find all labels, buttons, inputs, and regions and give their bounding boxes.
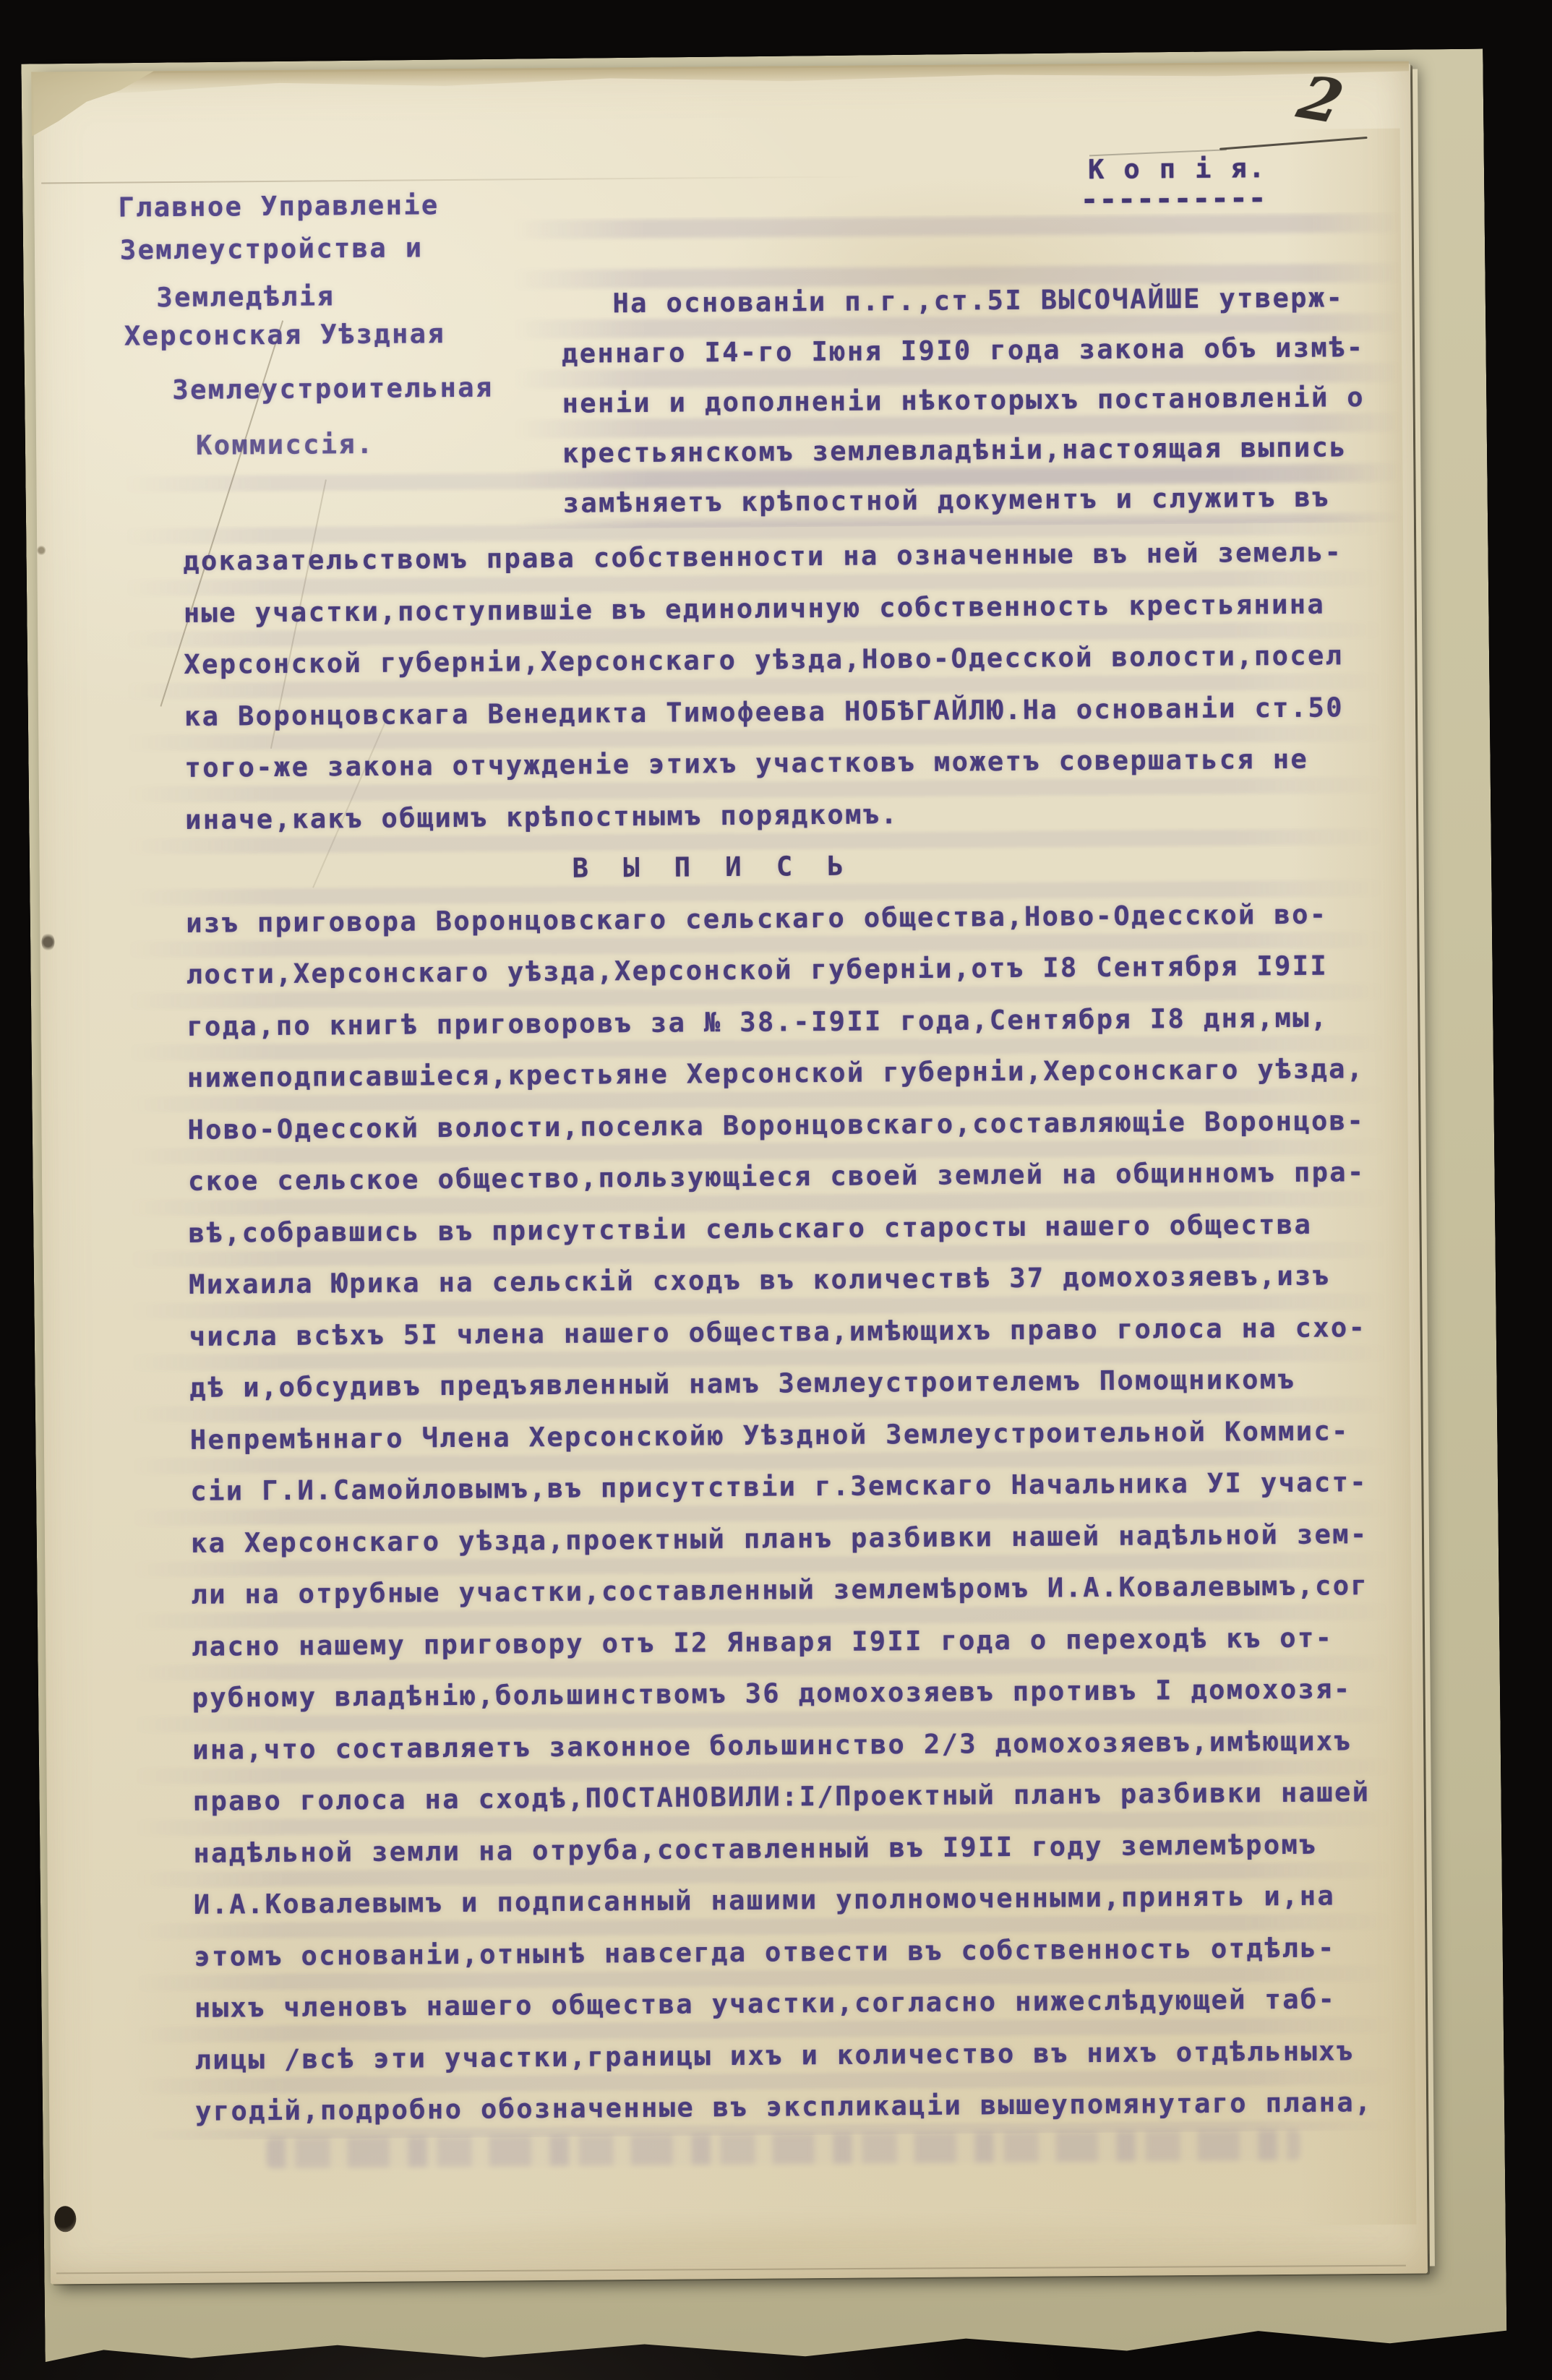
typed-line: надѣльной земли на отруба,составленный в… [193, 1818, 1394, 1879]
handwritten-page-number: 2 [1291, 63, 1350, 137]
opening-paragraph: На основаніи п.г.,ст.5І ВЫСОЧАЙШЕ утверж… [561, 272, 1387, 528]
typed-line: Непремѣннаго Члена Херсонскойю Уѣздной З… [190, 1404, 1391, 1466]
photo-background: 2 К о п і я. ---------- Главное Управлен… [0, 0, 1552, 2380]
typed-line: неніи и дополненіи нѣкоторыхъ постановле… [562, 372, 1386, 429]
document-body: доказательствомъ права собственности на … [183, 526, 1395, 2137]
typed-line: ли на отрубные участки,составленный земл… [191, 1560, 1392, 1621]
typed-line: иначе,какъ общимъ крѣпостнымъ порядкомъ. [185, 784, 1386, 846]
letterhead-line: Главное Управленіе [118, 189, 439, 223]
letterhead-line: Херсонская Уѣздная [124, 318, 445, 351]
typed-line: рубному владѣнію,большинствомъ 36 домохо… [192, 1663, 1392, 1724]
letterhead-line: Коммиссія. [196, 429, 374, 461]
typed-line: угодій,подробно обозначенные въ эксплика… [195, 2076, 1396, 2138]
typed-line: доказательствомъ права собственности на … [183, 526, 1384, 588]
typed-line: ласно нашему приговору отъ І2 Января І9І… [192, 1611, 1392, 1672]
typed-line: того-же закона отчужденіе этихъ участков… [184, 733, 1385, 794]
copy-underline: ---------- [1080, 180, 1266, 217]
typed-line: лости,Херсонскаго уѣзда,Херсонской губер… [187, 940, 1387, 1001]
typed-line: числа всѣхъ 5І члена нашего общества,имѣ… [189, 1301, 1389, 1362]
typed-line: ка Херсонскаго уѣзда,проектный планъ раз… [191, 1508, 1392, 1569]
typed-line: ка Воронцовскага Венедикта Тимофеева НОБ… [184, 681, 1385, 742]
typed-line: И.А.Ковалевымъ и подписанный нашими упол… [194, 1870, 1394, 1931]
typed-line: На основаніи п.г.,ст.5І ВЫСОЧАЙШЕ утверж… [561, 272, 1386, 329]
typed-line: право голоса на сходѣ,ПОСТАНОВИЛИ:І/Прое… [193, 1766, 1394, 1828]
typed-line: лицы /всѣ эти участки,границы ихъ и коли… [194, 2024, 1395, 2086]
typed-line: крестьянскомъ землевладѣніи,настоящая вы… [562, 422, 1387, 478]
typed-line: этомъ основаніи,отнынѣ навсегда отвести … [194, 1921, 1394, 1982]
typed-line: года,по книгѣ приговоровъ за № 38.-І9ІІ … [187, 991, 1387, 1052]
typed-line: Херсонской губерніи,Херсонскаго уѣзда,Но… [184, 630, 1384, 691]
binding-mark [41, 932, 54, 951]
section-heading: В Ы П И С Ь [185, 836, 1386, 898]
typed-line: замѣняетъ крѣпостной документъ и служитъ… [562, 472, 1387, 528]
crease-line [41, 175, 966, 184]
letterhead-line: Земледѣлія [156, 280, 335, 313]
typed-line: Ново-Одессокй волости,поселка Воронцовск… [187, 1094, 1388, 1156]
typed-line: ина,что составляетъ законное большинство… [192, 1714, 1393, 1776]
paper-stain [93, 2207, 1395, 2282]
typed-line: деннаго І4-го Іюня І9І0 года закона объ … [562, 322, 1386, 379]
typed-line: ское сельское общество,пользующіеся свое… [188, 1146, 1389, 1208]
typed-line: вѣ,собравшись въ присутствіи сельскаго с… [188, 1198, 1389, 1259]
typed-line: сіи Г.И.Самойловымъ,въ присутствіи г.Зем… [190, 1456, 1391, 1518]
typed-line: ные участки,поступившіе въ единоличную с… [184, 577, 1384, 639]
binding-mark [37, 545, 46, 555]
typed-line: Михаила Юрика на сельскій сходъ въ колич… [189, 1250, 1389, 1311]
typed-line: дѣ и,обсудивъ предъявленный намъ Землеус… [189, 1353, 1390, 1414]
typed-line: ныхъ членовъ нашего общества участки,сог… [194, 1973, 1395, 2035]
binding-hole [54, 2206, 76, 2232]
letterhead-line: Землеустройства и [120, 232, 424, 265]
typed-line: нижеподписавшіеся,крестьяне Херсонской г… [187, 1043, 1388, 1104]
document-page: 2 К о п і я. ---------- Главное Управлен… [33, 64, 1428, 2285]
typed-line: изъ приговора Воронцовскаго сельскаго об… [186, 888, 1386, 949]
page-bottom-edge-line [56, 2264, 1406, 2273]
pen-underline [1219, 137, 1368, 150]
letterhead-line: Землеустроительная [172, 372, 493, 405]
